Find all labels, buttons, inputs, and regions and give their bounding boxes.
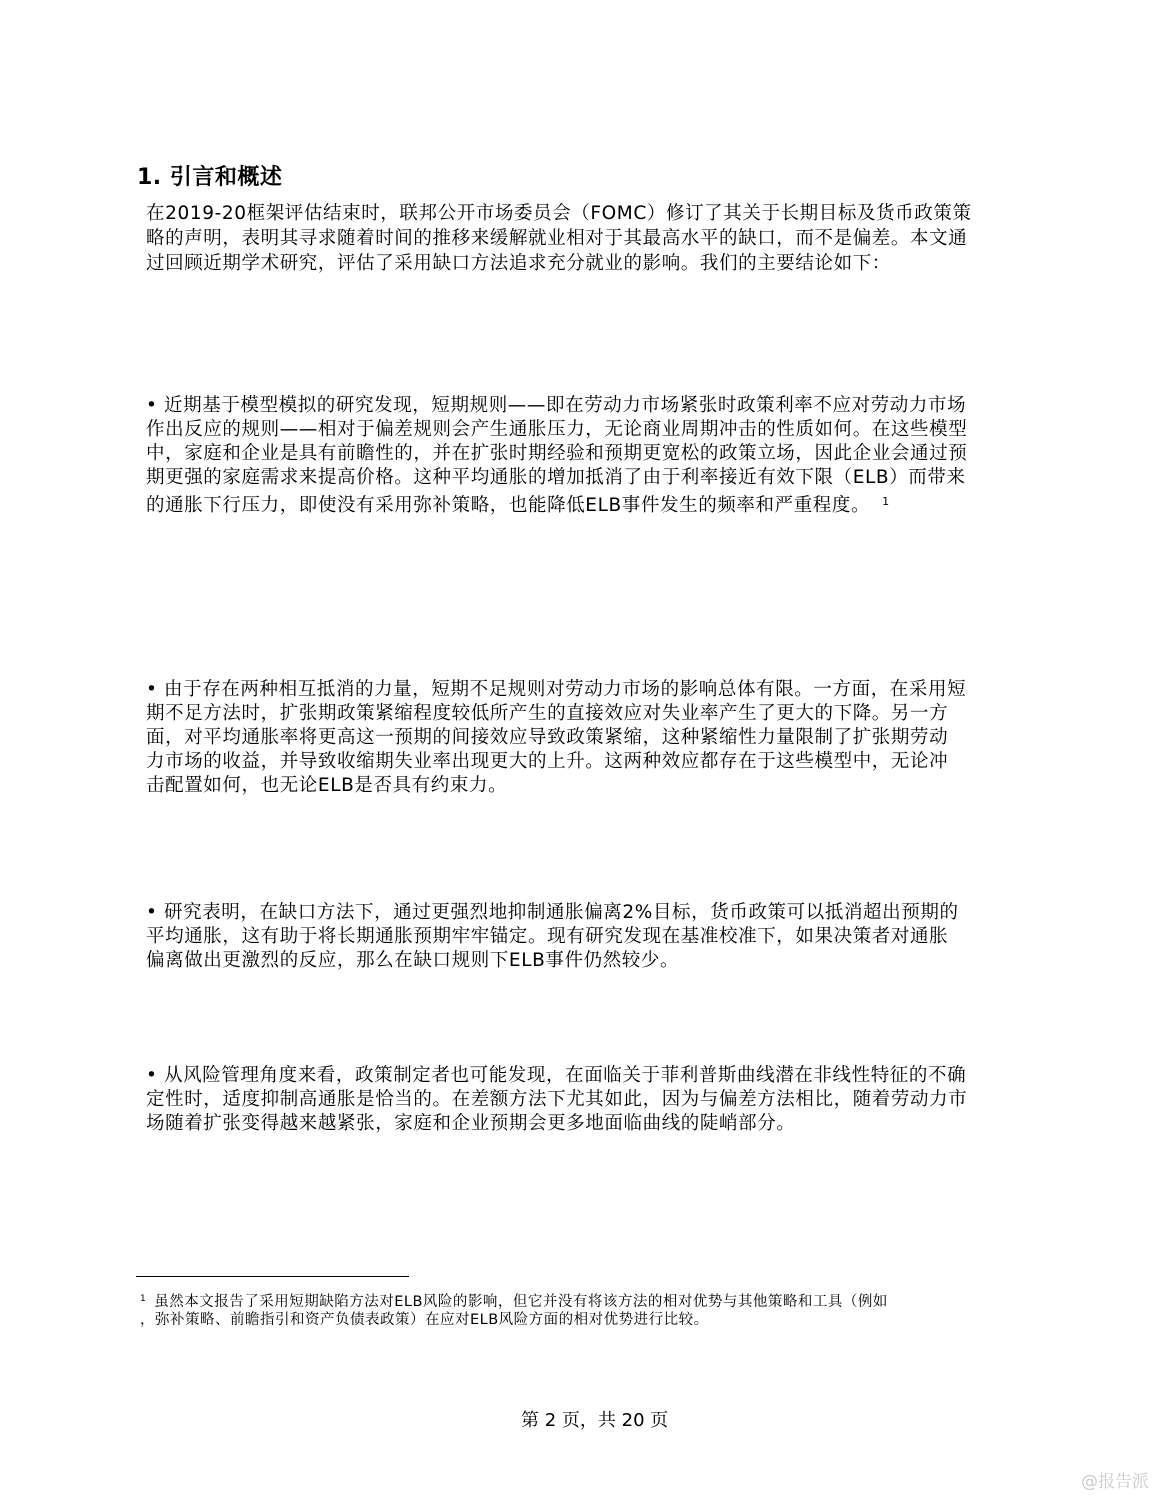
- section-heading: 1. 引言和概述: [137, 163, 282, 193]
- document-page: 1. 引言和概述 在2019-20框架评估结束时，联邦公开市场委员会（FOMC）…: [0, 0, 1159, 1500]
- bullet-line: 场随着扩张变得越来越紧张，家庭和企业预期会更多地面临曲线的陡峭部分。: [146, 1112, 795, 1136]
- intro-line: 略的声明，表明其寻求随着时间的推移来缓解就业相对于其最高水平的缺口，而不是偏差。…: [146, 227, 967, 251]
- footnote-divider: [136, 1276, 409, 1277]
- bullet-text: 的通胀下行压力，即使没有采用弥补策略，也能降低ELB事件发生的频率和严重程度。: [146, 495, 870, 516]
- footnote-line: ，弥补策略、前瞻指引和资产负债表政策）在应对ELB风险方面的相对优势进行比较。: [140, 1310, 709, 1330]
- footnote-text: 虽然本文报告了采用短期缺陷方法对ELB风险的影响，但它并没有将该方法的相对优势与…: [154, 1294, 888, 1310]
- footnote-line: 1虽然本文报告了采用短期缺陷方法对ELB风险的影响，但它并没有将该方法的相对优势…: [140, 1289, 888, 1312]
- bullet-line: 偏离做出更激烈的反应，那么在缺口规则下ELB事件仍然较少。: [146, 949, 679, 973]
- page-number: 第 2 页，共 20 页: [521, 1409, 668, 1433]
- bullet-line: • 研究表明，在缺口方法下，通过更强烈地抑制通胀偏离2%目标，货币政策可以抵消超…: [146, 901, 959, 925]
- intro-line: 过回顾近期学术研究，评估了采用缺口方法追求充分就业的影响。我们的主要结论如下：: [146, 252, 891, 276]
- intro-line: 在2019-20框架评估结束时，联邦公开市场委员会（FOMC）修订了其关于长期目…: [146, 202, 972, 226]
- bullet-line-last: 的通胀下行压力，即使没有采用弥补策略，也能降低ELB事件发生的频率和严重程度。1: [146, 490, 890, 518]
- bullet-line: • 近期基于模型模拟的研究发现，短期规则——即在劳动力市场紧张时政策利率不应对劳…: [146, 394, 966, 418]
- bullet-line: 期更强的家庭需求来提高价格。这种平均通胀的增加抵消了由于利率接近有效下限（ELB…: [146, 466, 966, 490]
- bullet-line: • 从风险管理角度来看，政策制定者也可能发现，在面临关于菲利普斯曲线潜在非线性特…: [146, 1064, 966, 1088]
- bullet-line: 中，家庭和企业是具有前瞻性的，并在扩张时期经验和预期更宽松的政策立场，因此企业会…: [146, 442, 967, 466]
- footnote-reference[interactable]: 1: [882, 495, 890, 508]
- bullet-line: 击配置如何，也无论ELB是否具有约束力。: [146, 774, 507, 798]
- bullet-line: 作出反应的规则——相对于偏差规则会产生通胀压力，无论商业周期冲击的性质如何。在这…: [146, 418, 967, 442]
- bullet-line: 平均通胀，这有助于将长期通胀预期牢牢锚定。现有研究发现在基准校准下，如果决策者对…: [146, 925, 948, 949]
- watermark: @报告派: [1081, 1471, 1149, 1493]
- bullet-line: 期不足方法时，扩张期政策紧缩程度较低所产生的直接效应对失业率产生了更大的下降。另…: [146, 702, 948, 726]
- bullet-line: 面，对平均通胀率将更高这一预期的间接效应导致政策紧缩，这种紧缩性力量限制了扩张期…: [146, 726, 948, 750]
- bullet-line: • 由于存在两种相互抵消的力量，短期不足规则对劳动力市场的影响总体有限。一方面，…: [146, 678, 966, 702]
- bullet-line: 定性时，适度抑制高通胀是恰当的。在差额方法下尤其如此，因为与偏差方法相比，随着劳…: [146, 1088, 967, 1112]
- bullet-line: 力市场的收益，并导致收缩期失业率出现更大的上升。这两种效应都存在于这些模型中，无…: [146, 750, 948, 774]
- footnote-mark: 1: [140, 1294, 146, 1304]
